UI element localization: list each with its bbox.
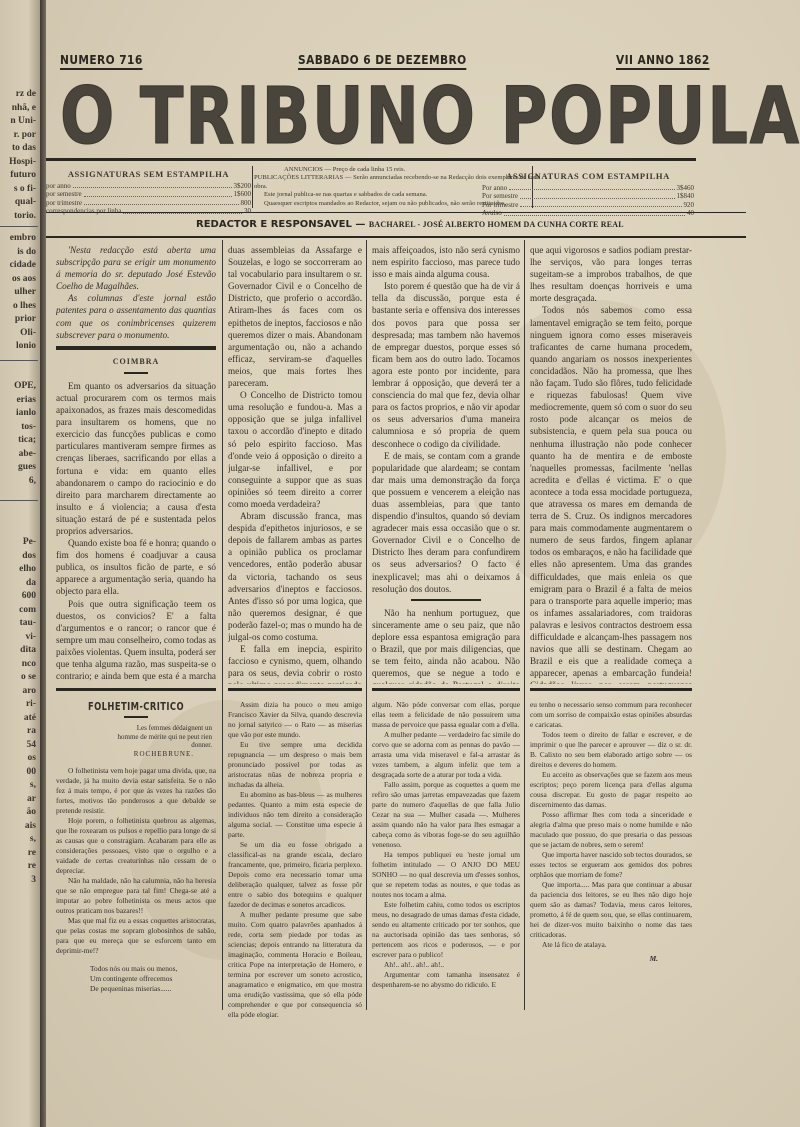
issue-year: VII ANNO 1862 <box>616 52 710 70</box>
folhetim-paragraph: Não ha maldade, não ha calumnia, não ha … <box>56 876 216 916</box>
price-row: por semestre1$600 <box>46 190 251 199</box>
folhetim-paragraph: Ah!.. ah!.. ah!.. ah!.. <box>372 960 520 970</box>
edge-fragment: ri- <box>0 698 36 712</box>
article-paragraph: Isto porem é questão que ha de vir á tel… <box>372 280 520 449</box>
edge-fragment: re <box>0 860 36 874</box>
folhetim-paragraph: Ate lá fico de atalaya. <box>530 940 692 950</box>
subscriptions-heading: ASSIGNATURAS COM ESTAMPILHA <box>482 172 694 181</box>
article-paragraph: Pois que outra significação teem os dues… <box>56 598 216 684</box>
folhetim-paragraph: Eu abomino as bas-bleus — as mulheres pe… <box>228 790 362 840</box>
article-paragraph: O Concelho de Districto tomou uma resolu… <box>228 389 362 510</box>
edge-fragment: torio. <box>0 210 36 224</box>
price-label: Por trimestre <box>482 201 518 210</box>
newspaper-page: NUMERO 716 SABBADO 6 DE DEZEMBRO VII ANN… <box>46 0 800 1127</box>
folhetim-paragraph: O folhetinista vem hoje pagar uma divida… <box>56 766 216 816</box>
column-2: duas assembleias da Assafarge e Souzelas… <box>228 244 362 684</box>
edge-fragment: Hospi- <box>0 156 36 170</box>
folhetim-paragraph: eu tenho o necessario senso commum para … <box>530 700 692 730</box>
edge-fragment: prior <box>0 313 36 327</box>
divider <box>0 226 38 227</box>
column-separator <box>252 166 253 208</box>
header-rule <box>46 212 746 213</box>
verse-line: De pequeninas miserias...... <box>90 984 216 994</box>
edge-fragment: 00 <box>0 766 36 780</box>
folhetim-paragraph: Que importa haver nascido sob tectos dou… <box>530 850 692 880</box>
edge-fragment: 54 <box>0 739 36 753</box>
folhetim-heading: FOLHETIM-CRITICO <box>72 702 200 712</box>
prev-page-fragments-bottom: Pe-doselhoda600comtau-vi-ditancoo searor… <box>0 536 36 887</box>
subscription-notice: 'Nesta redacção está aberta uma subscrip… <box>56 244 216 292</box>
edge-fragment: tica; <box>0 434 36 448</box>
edge-fragment: erias <box>0 394 36 408</box>
section-divider <box>56 346 216 350</box>
article-paragraph: mais affeiçoados, isto não será cynismo … <box>372 244 520 280</box>
edge-fragment: gues <box>0 461 36 475</box>
edge-fragment: 600 <box>0 590 36 604</box>
price-label: Avulso <box>482 209 502 218</box>
price-label: por semestre <box>46 190 82 199</box>
newspaper-title: O TRIBUNO POPULAR <box>60 80 585 154</box>
price-row: por anno3$200 <box>46 182 251 191</box>
price-label: Por semestre <box>482 192 518 201</box>
folhetim-divider <box>56 688 216 691</box>
price-row: Por anno3$460 <box>482 184 694 193</box>
verse-line: Todos nós ou mais ou menos, <box>90 964 216 974</box>
edge-fragment: Pe- <box>0 536 36 550</box>
edge-fragment: rz de <box>0 88 36 102</box>
edge-fragment: ianlo <box>0 407 36 421</box>
author-signature: M. <box>530 954 692 964</box>
article-paragraph: duas assembleias da Assafarge e Souzelas… <box>228 244 362 389</box>
column-4: que aqui vigorosos e sadios podiam prest… <box>530 244 692 684</box>
edge-fragment: aro <box>0 685 36 699</box>
edge-fragment: vi- <box>0 631 36 645</box>
folhetim-paragraph: Fallo assim, porque as coquettes a quem … <box>372 780 520 850</box>
edge-fragment: 3 <box>0 874 36 888</box>
issue-date: SABBADO 6 DE DEZEMBRO <box>298 52 467 70</box>
edge-fragment: ulher <box>0 286 36 300</box>
editor-name: BACHAREL - JOSÉ ALBERTO HOMEM DA CUNHA C… <box>369 220 624 229</box>
edge-fragment: ra <box>0 725 36 739</box>
verse-line: Um contingente offrecemos <box>90 974 216 984</box>
editor-line: REDACTOR E RESPONSAVEL — BACHAREL - JOSÉ… <box>196 219 624 230</box>
folhetim-paragraph: algum. Não póde conversar com ellas, por… <box>372 700 520 730</box>
edge-fragment: n Uni- <box>0 115 36 129</box>
prev-page-fragments-lower: OPE,eriasianlotos-tica;abe-gues6, <box>0 380 36 488</box>
prev-page-fragments-mid: embrois docidadeos aosulhero lhespriorOl… <box>0 232 36 354</box>
folhetim-divider <box>372 688 520 691</box>
article-paragraph: Em quanto os adversarios da situação act… <box>56 380 216 537</box>
editor-label: REDACTOR E RESPONSAVEL — <box>196 219 365 230</box>
folhetim-column-2: Assim dizia ha pouco o meu amigo Francis… <box>228 700 362 1020</box>
edge-fragment: 6, <box>0 475 36 489</box>
column-3: mais affeiçoados, isto não será cynismo … <box>372 244 520 684</box>
edge-fragment: o se <box>0 671 36 685</box>
folhetim-paragraph: Se um dia eu fosse obrigado a classifica… <box>228 840 362 910</box>
ornamental-rule <box>124 716 148 718</box>
price-label: por anno <box>46 182 71 191</box>
ornamental-rule <box>411 599 481 601</box>
folhetim-paragraph: A mulher pedante presume que sabe muito.… <box>228 910 362 1020</box>
article-paragraph: Quando existe boa fé e honra; quando o f… <box>56 537 216 597</box>
edge-fragment: cidade <box>0 259 36 273</box>
folhetim-column-3: algum. Não póde conversar com ellas, por… <box>372 700 520 1020</box>
edge-fragment: nco <box>0 658 36 672</box>
divider <box>0 360 38 361</box>
article-paragraph: E de mais, se contam com a grande popula… <box>372 450 520 595</box>
epigraph: Les femmes dédaignent un homme de mérite… <box>116 724 212 758</box>
subscription-notice: As columnas d'este jornal estão patentes… <box>56 292 216 340</box>
folhetim-paragraph: Assim dizia ha pouco o meu amigo Francis… <box>228 700 362 740</box>
price-value: 40 <box>687 209 694 218</box>
edge-fragment: até <box>0 712 36 726</box>
previous-page-edge: rz denhã, en Uni-r. porto dasHospi-futur… <box>0 0 40 1127</box>
edge-fragment: os aos <box>0 273 36 287</box>
folhetim-divider <box>228 688 362 691</box>
folhetim-paragraph: Ha tempos publiquei eu 'neste jornal um … <box>372 850 520 900</box>
column-separator <box>366 240 367 1010</box>
column-separator <box>222 240 223 1010</box>
edge-fragment: abe- <box>0 448 36 462</box>
folhetim-paragraph: Este folhetim cahiu, como todos os escri… <box>372 900 520 960</box>
edge-fragment: com <box>0 604 36 618</box>
column-separator <box>524 240 525 1010</box>
edge-fragment: ão <box>0 806 36 820</box>
article-paragraph: que aqui vigorosos e sadios podiam prest… <box>530 244 692 304</box>
edge-fragment: Oli- <box>0 327 36 341</box>
verse: Todos nós ou mais ou menos, Um contingen… <box>90 964 216 994</box>
subscriptions-heading: ASSIGNATURAS SEM ESTAMPILHA <box>46 170 251 179</box>
edge-fragment: to das <box>0 142 36 156</box>
article-paragraph: Abram discussão franca, mas despida d'ep… <box>228 510 362 643</box>
edge-fragment: re <box>0 847 36 861</box>
edge-fragment: elho <box>0 563 36 577</box>
edge-fragment: embro <box>0 232 36 246</box>
folhetim-column-4: eu tenho o necessario senso commum para … <box>530 700 692 1020</box>
section-heading: COIMBRA <box>56 356 216 368</box>
edge-fragment: OPE, <box>0 380 36 394</box>
folhetim-paragraph: Mas que mal fiz eu a essas coquettes ari… <box>56 916 216 956</box>
edge-fragment: o lhes <box>0 300 36 314</box>
edge-fragment: ar <box>0 793 36 807</box>
price-row: Avulso40 <box>482 209 694 218</box>
price-value: 1$840 <box>677 192 695 201</box>
header-rule <box>46 236 746 238</box>
edge-fragment: ais <box>0 820 36 834</box>
price-label: por trimestre <box>46 199 82 208</box>
edge-fragment: nhã, e <box>0 102 36 116</box>
price-value: 3$460 <box>677 184 695 193</box>
epigraph-author: ROCHEBRUNE. <box>116 750 212 759</box>
article-paragraph: Todos nós sabemos como essa lamentavel e… <box>530 304 692 684</box>
price-row: Por semestre1$840 <box>482 192 694 201</box>
epigraph-text: Les femmes dédaignent un homme de mérite… <box>118 724 212 749</box>
folhetim-paragraph: Eu acceito as observações que se fazem a… <box>530 770 692 810</box>
edge-fragment: tos- <box>0 421 36 435</box>
edge-fragment: r. por <box>0 129 36 143</box>
masthead-rule <box>46 158 696 161</box>
price-value: 3$200 <box>234 182 252 191</box>
edge-fragment: dita <box>0 644 36 658</box>
price-value: 920 <box>684 201 695 210</box>
folhetim-paragraph: Eu tive sempre uma decidida repugnancia … <box>228 740 362 790</box>
divider <box>0 500 38 501</box>
subscriptions-without-stamp: ASSIGNATURAS SEM ESTAMPILHA por anno3$20… <box>46 170 251 216</box>
edge-fragment: da <box>0 577 36 591</box>
folhetim-paragraph: Todos teem o direito de fallar e escreve… <box>530 730 692 770</box>
edge-fragment: s o fi- <box>0 183 36 197</box>
edge-fragment: tau- <box>0 617 36 631</box>
folhetim-paragraph: Hoje porem, o folhetinista quebrou as al… <box>56 816 216 876</box>
price-value: 1$600 <box>234 190 252 199</box>
edge-fragment: dos <box>0 550 36 564</box>
edge-fragment: qual- <box>0 196 36 210</box>
edge-fragment: is do <box>0 246 36 260</box>
edge-fragment: futuro <box>0 169 36 183</box>
folhetim-column-1: FOLHETIM-CRITICO Les femmes dédaignent u… <box>56 696 216 1026</box>
edge-fragment: os <box>0 752 36 766</box>
column-1: 'Nesta redacção está aberta uma subscrip… <box>56 244 216 684</box>
price-row: Por trimestre920 <box>482 201 694 210</box>
price-label: Por anno <box>482 184 507 193</box>
price-value: 800 <box>241 199 252 208</box>
edge-fragment: lonio <box>0 340 36 354</box>
prev-page-fragments-top: rz denhã, en Uni-r. porto dasHospi-futur… <box>0 88 36 223</box>
folhetim-divider <box>530 688 692 691</box>
ornamental-rule <box>124 372 148 374</box>
folhetim-paragraph: Posso affirmar lhes com toda a sincerida… <box>530 810 692 850</box>
folhetim-paragraph: Que importa..... Mas para que continuar … <box>530 880 692 940</box>
edge-fragment: s, <box>0 833 36 847</box>
folhetim-paragraph: A mulher pedante — verdadeiro fac simile… <box>372 730 520 780</box>
edge-fragment: s, <box>0 779 36 793</box>
article-paragraph: Não ha nenhum portuguez, que sincerament… <box>372 607 520 684</box>
article-paragraph: E falla em inepcia, espirito faccioso e … <box>228 643 362 684</box>
price-row: por trimestre800 <box>46 199 251 208</box>
folhetim-paragraph: Argumentar com tamanha insensatez é desp… <box>372 970 520 990</box>
issue-number: NUMERO 716 <box>60 52 143 70</box>
